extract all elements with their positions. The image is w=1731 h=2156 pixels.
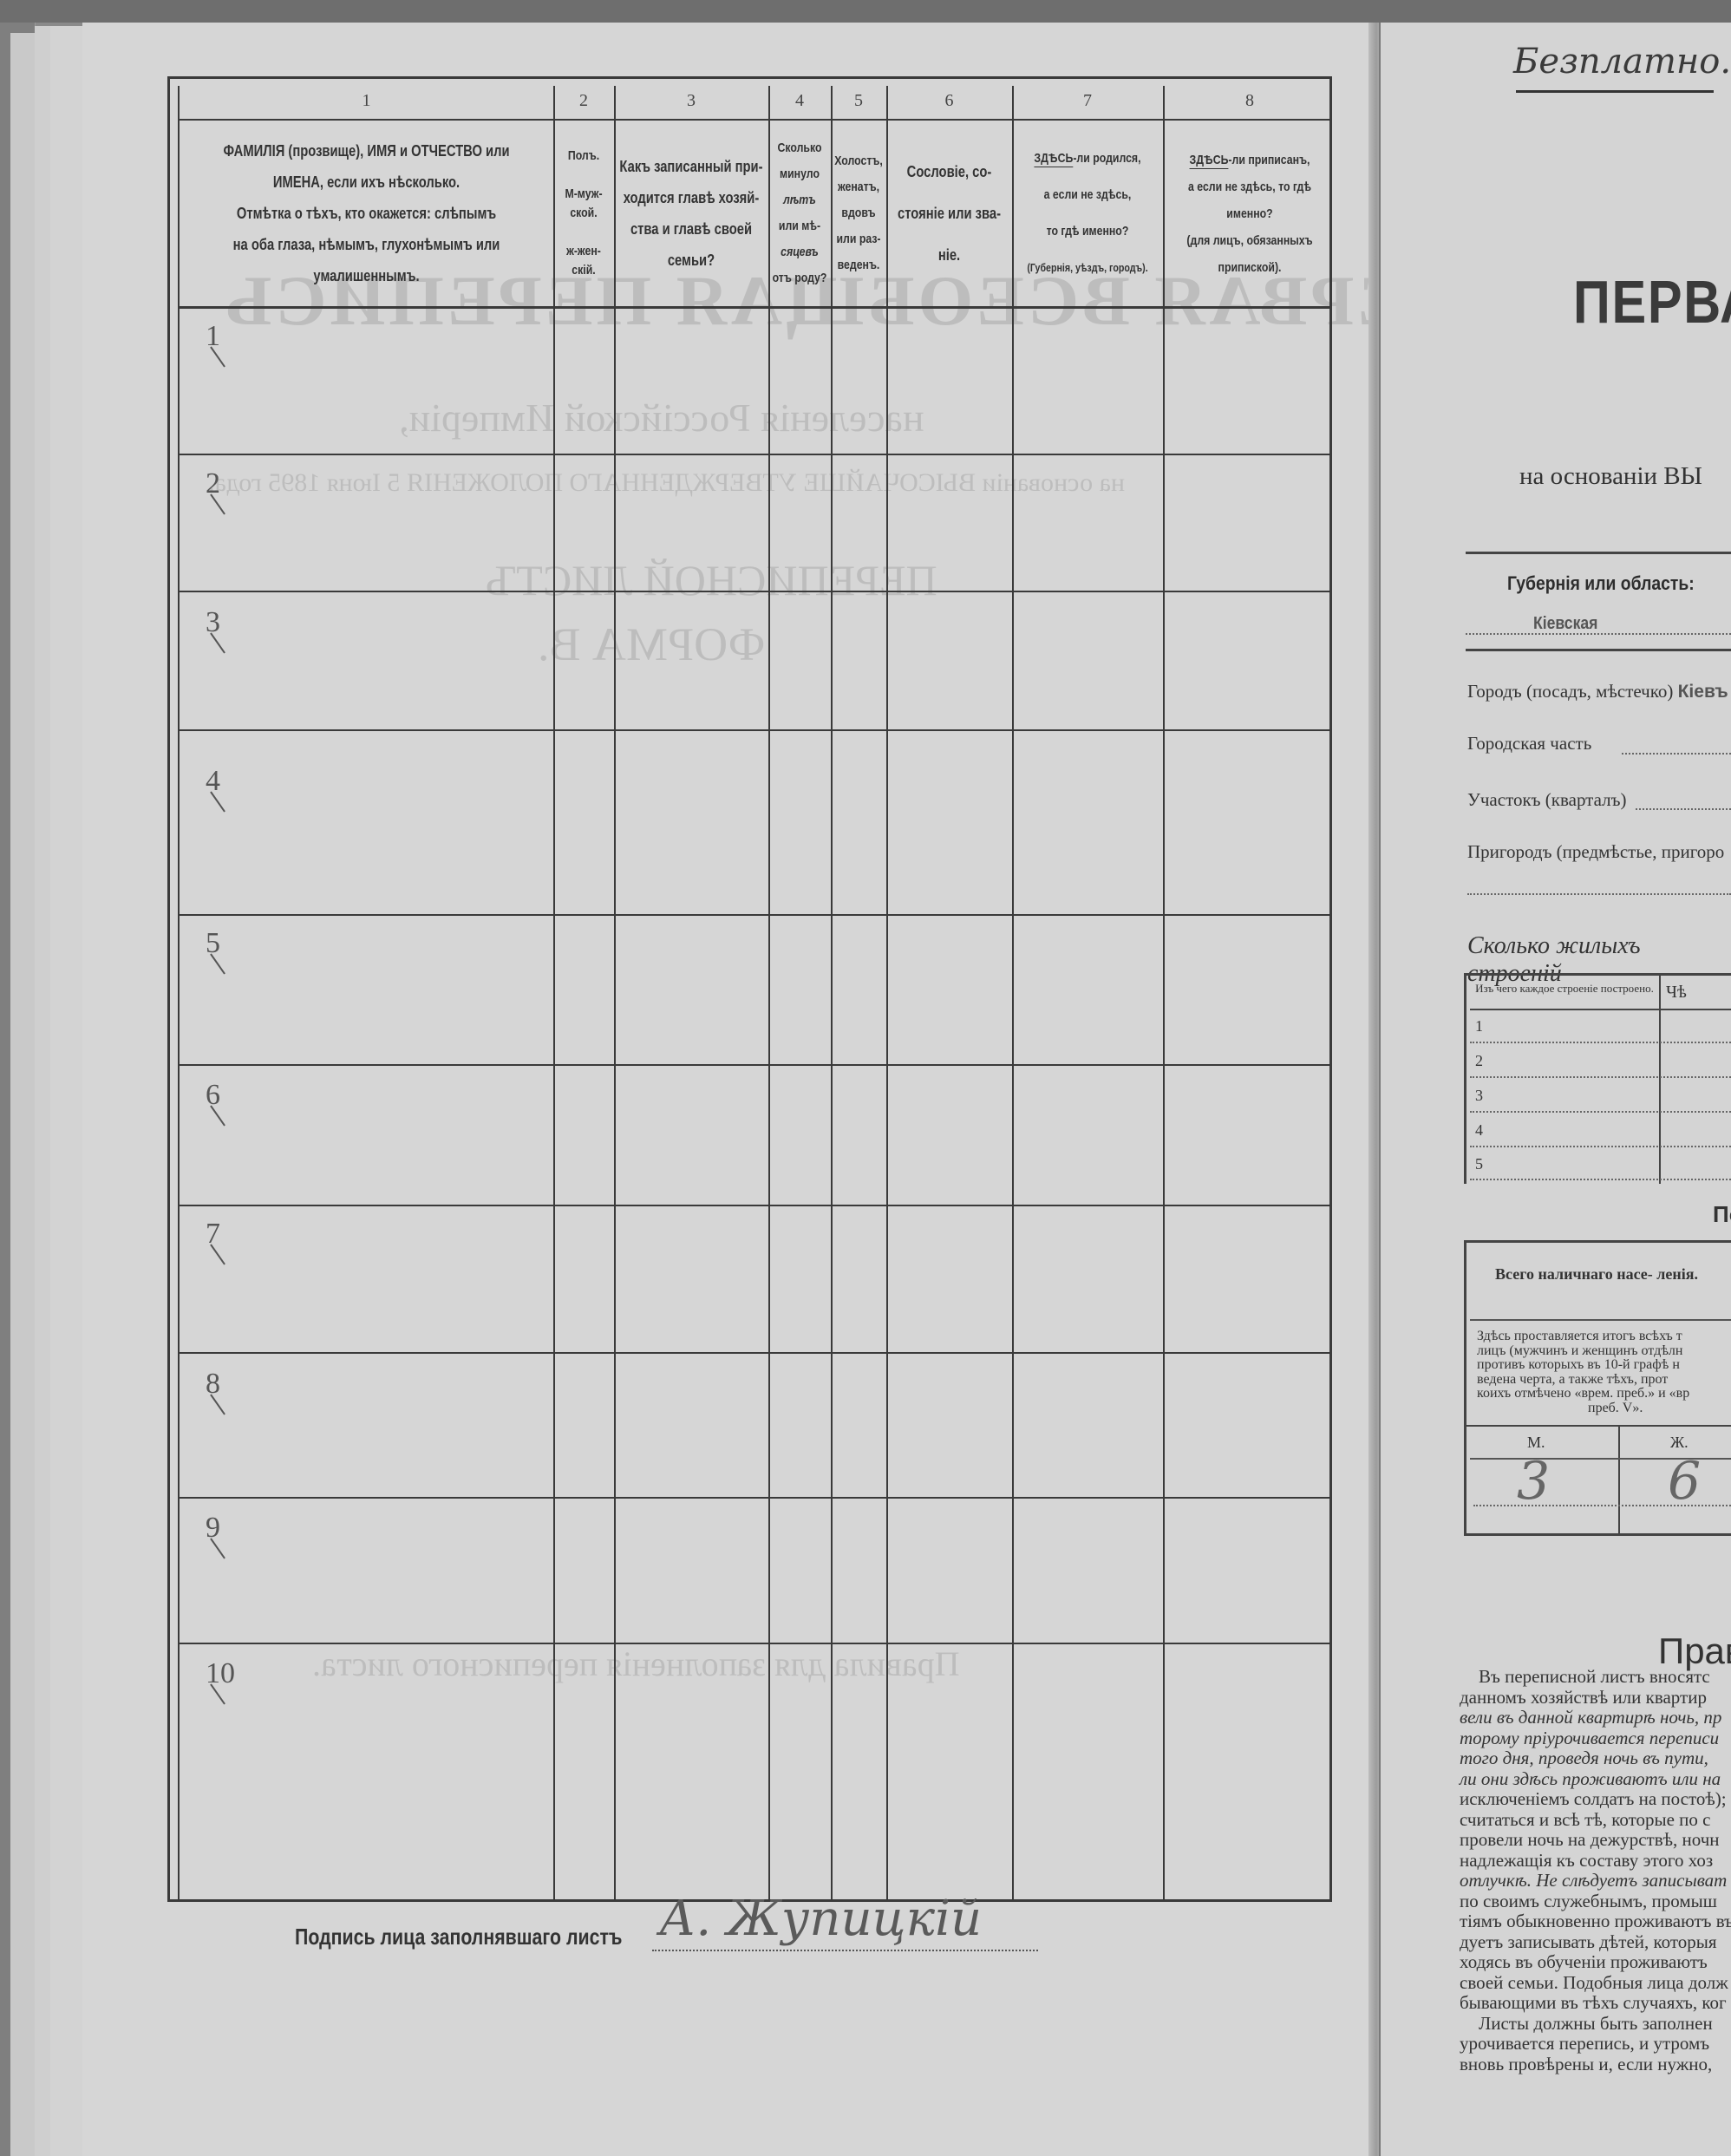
column-header-name: ФАМИЛІЯ (прозвище), ИМЯ и ОТЧЕСТВО или И… bbox=[185, 121, 548, 306]
signature-label: Подпись лица заполнявшаго листъ bbox=[295, 1924, 622, 1950]
building-row-3: 3 bbox=[1475, 1087, 1483, 1105]
city-part-label: Городская часть bbox=[1467, 733, 1591, 755]
column-header-relation: Какъ записанный при- ходится главѣ хозяй… bbox=[614, 121, 769, 306]
population-box: Всего наличнаго насе- ленія. Здѣсь прост… bbox=[1464, 1240, 1731, 1536]
column-header-marital-status: Холостъ, женатъ, вдовъ или раз- веденъ. bbox=[829, 121, 889, 306]
census-title: ПЕРВА bbox=[1573, 267, 1731, 336]
row-divider bbox=[180, 1064, 1329, 1066]
header-line: Какъ записанный при- bbox=[619, 151, 762, 182]
header-line: а если не здѣсь, то гдѣ bbox=[1186, 173, 1312, 200]
rules-line: данномъ хозяйствѣ или квартир bbox=[1460, 1688, 1731, 1708]
column-divider bbox=[831, 86, 833, 1899]
header-line: Сословіе, со- bbox=[898, 151, 1001, 193]
header-line: семьи? bbox=[619, 245, 762, 276]
header-line: вдовъ bbox=[834, 200, 883, 226]
column-divider bbox=[553, 86, 555, 1899]
header-line: сяцевъ bbox=[773, 239, 827, 265]
guberniya-value: Кіевская bbox=[1533, 614, 1597, 634]
section-rule bbox=[1466, 649, 1731, 651]
city-label-text: Городъ (посадъ, мѣстечко) bbox=[1467, 681, 1673, 702]
header-line: веденъ. bbox=[834, 252, 883, 278]
rules-line: того дня, проведя ночь въ пути, bbox=[1460, 1748, 1731, 1769]
header-line: Отмѣтка о тѣхъ, кто окажется: слѣпымъ bbox=[223, 198, 509, 229]
row-number: 2 bbox=[206, 467, 220, 500]
column-header-sex: Полъ. М-муж- ской. ж-жен- скій. bbox=[552, 121, 616, 306]
rules-line: урочивается перепись, и утромъ bbox=[1460, 2034, 1731, 2055]
header-line: а если не здѣсь, bbox=[1027, 177, 1147, 213]
rules-line: считаться и всѣ тѣ, которые по с bbox=[1460, 1810, 1731, 1831]
building-row-line[interactable] bbox=[1470, 1076, 1731, 1078]
column-divider bbox=[1163, 86, 1165, 1899]
signature-line[interactable] bbox=[652, 1950, 1038, 1951]
rules-line: исключеніемъ солдатъ на постоѣ); bbox=[1460, 1789, 1731, 1810]
row-divider bbox=[180, 1352, 1329, 1354]
header-line: ходится главѣ хозяй- bbox=[619, 182, 762, 213]
building-row-1: 1 bbox=[1475, 1017, 1483, 1036]
header-rule bbox=[1470, 1009, 1731, 1010]
suburb-label: Пригородъ (предмѣстье, пригоро bbox=[1467, 841, 1724, 863]
rules-line: вновь провѣрены и, если нужно, bbox=[1460, 2055, 1731, 2075]
row-number: 7 bbox=[206, 1218, 220, 1251]
rules-line: тіямъ обыкновенно проживаютъ въ bbox=[1460, 1911, 1731, 1932]
building-row-line[interactable] bbox=[1470, 1042, 1731, 1043]
note-line: преб. V». bbox=[1477, 1401, 1689, 1416]
rules-line: дуетъ записывать дѣтей, которыя bbox=[1460, 1932, 1731, 1953]
column-number: 1 bbox=[180, 91, 553, 111]
row-number: 1 bbox=[206, 320, 220, 353]
row-number: 8 bbox=[206, 1368, 220, 1401]
rules-line: ли они здѣсь проживаютъ или на bbox=[1460, 1769, 1731, 1790]
rules-line: провели ночь на дежурствѣ, ночн bbox=[1460, 1830, 1731, 1851]
header-line: ЗДѢСЬ-ли родился, bbox=[1027, 140, 1147, 177]
free-label: Безплатно. bbox=[1513, 42, 1731, 82]
city-label: Городъ (посадъ, мѣстечко) Кіевъ bbox=[1467, 681, 1728, 702]
column-number: 4 bbox=[768, 91, 831, 111]
header-line: ской. bbox=[565, 204, 602, 223]
column-header-estate: Сословіе, со- стояніе или зва- ніе. bbox=[891, 121, 1008, 306]
column-divider bbox=[1659, 976, 1661, 1184]
column-number: 5 bbox=[831, 91, 886, 111]
header-line: или раз- bbox=[834, 226, 883, 252]
population-header: Всего наличнаго насе- ленія. bbox=[1484, 1260, 1709, 1288]
header-line: или мѣ- bbox=[773, 213, 827, 239]
note-line: лицъ (мужчинъ и женщинъ отдѣлн bbox=[1477, 1344, 1689, 1359]
header-line: минуло bbox=[773, 161, 827, 187]
note-line: Здѣсь проставляется итогъ всѣхъ т bbox=[1477, 1330, 1689, 1344]
column-header-registration: ЗДѢСЬ-ли приписанъ, а если не здѣсь, то … bbox=[1172, 121, 1328, 306]
column-divider bbox=[1012, 86, 1014, 1899]
population-note: Здѣсь проставляется итогъ всѣхъ т лицъ (… bbox=[1477, 1330, 1689, 1415]
header-line: отъ роду? bbox=[773, 265, 827, 291]
column-number: 8 bbox=[1163, 91, 1336, 111]
header-line: скій. bbox=[565, 261, 602, 280]
rules-line: своей семьи. Подобныя лица долж bbox=[1460, 1973, 1731, 1994]
free-underline bbox=[1516, 90, 1714, 93]
city-value: Кіевъ bbox=[1678, 682, 1728, 702]
row-divider bbox=[180, 1497, 1329, 1499]
header-line: ИМЕНА, если ихъ нѣсколько. bbox=[223, 167, 509, 198]
female-count[interactable]: 6 bbox=[1668, 1451, 1701, 1512]
rules-line: отлучкѣ. Не слѣдуетъ записыват bbox=[1460, 1871, 1731, 1891]
row-divider bbox=[180, 1205, 1329, 1206]
signature-handwritten: А. Жупицкій bbox=[659, 1891, 982, 1947]
rules-line: надлежащія къ составу этого хоз bbox=[1460, 1851, 1731, 1872]
rules-line: по своимъ служебнымъ, промыш bbox=[1460, 1891, 1731, 1912]
header-line: (для лицъ, обязанныхъ bbox=[1186, 227, 1312, 254]
header-line: (Губернія, уѣздъ, городъ). bbox=[1027, 250, 1147, 286]
column-number: 7 bbox=[1012, 91, 1163, 111]
row-divider bbox=[180, 729, 1329, 731]
male-count[interactable]: 3 bbox=[1517, 1451, 1550, 1512]
header-line: ФАМИЛІЯ (прозвище), ИМЯ и ОТЧЕСТВО или bbox=[223, 135, 509, 167]
female-column-header: Ж. bbox=[1670, 1434, 1689, 1452]
district-label: Участокъ (кварталъ) bbox=[1467, 789, 1626, 811]
building-row-line[interactable] bbox=[1470, 1111, 1731, 1113]
column-divider bbox=[1618, 1425, 1620, 1533]
header-line: лѣтъ bbox=[773, 187, 827, 213]
rules-line: торому пріурочивается переписи bbox=[1460, 1728, 1731, 1749]
column-header-age: Сколько минуло лѣтъ или мѣ- сяцевъ отъ р… bbox=[766, 121, 834, 306]
count-field-line bbox=[1473, 1505, 1731, 1506]
rules-line: Листы должны быть заполнен bbox=[1460, 2014, 1731, 2035]
rules-line: бывающими въ тѣхъ случаяхъ, ког bbox=[1460, 1993, 1731, 2014]
buildings-col1-header: Изъ чего каждое строеніе построено. bbox=[1473, 981, 1656, 996]
row-divider bbox=[180, 1643, 1329, 1644]
header-line: Сколько bbox=[773, 135, 827, 161]
guberniya-field[interactable] bbox=[1466, 633, 1731, 635]
header-bottom-rule bbox=[180, 306, 1329, 309]
census-table: 1 2 3 4 5 6 7 8 ФАМИЛІЯ (прозвище), ИМЯ … bbox=[167, 76, 1332, 1902]
section-rule bbox=[1466, 1425, 1731, 1427]
row-number: 10 bbox=[206, 1657, 235, 1690]
header-line: умалишеннымъ. bbox=[223, 260, 509, 291]
header-line: Холостъ, bbox=[834, 148, 883, 174]
population-heading: По bbox=[1713, 1201, 1731, 1228]
header-line: стояніе или зва- bbox=[898, 193, 1001, 234]
building-row-line[interactable] bbox=[1470, 1179, 1731, 1180]
building-row-line[interactable] bbox=[1470, 1146, 1731, 1147]
column-divider bbox=[614, 86, 616, 1899]
note-line: ведена черта, а также тѣхъ, прот bbox=[1477, 1373, 1689, 1388]
row-divider bbox=[180, 914, 1329, 916]
building-row-4: 4 bbox=[1475, 1121, 1483, 1140]
male-column-header: М. bbox=[1527, 1434, 1545, 1452]
district-field[interactable] bbox=[1636, 808, 1731, 810]
note-line: коихъ отмѣчено «врем. преб.» и «вр bbox=[1477, 1387, 1689, 1401]
header-line: ніе. bbox=[898, 234, 1001, 276]
buildings-table: Изъ чего каждое строеніе построено. Чѣ 1… bbox=[1464, 973, 1731, 1184]
column-divider bbox=[886, 86, 888, 1899]
building-row-2: 2 bbox=[1475, 1052, 1483, 1070]
building-row-5: 5 bbox=[1475, 1155, 1483, 1173]
row-divider bbox=[180, 454, 1329, 455]
census-table-grid: 1 2 3 4 5 6 7 8 ФАМИЛІЯ (прозвище), ИМЯ … bbox=[178, 86, 1329, 1899]
header-line: М-муж- bbox=[565, 185, 602, 204]
row-divider bbox=[180, 591, 1329, 592]
header-line: женатъ, bbox=[834, 174, 883, 200]
section-rule bbox=[1466, 552, 1731, 554]
scanner-edge bbox=[0, 0, 1731, 23]
rules-line: ходясь въ обученіи проживаютъ bbox=[1460, 1952, 1731, 1973]
row-number: 6 bbox=[206, 1079, 220, 1112]
column-number: 2 bbox=[553, 91, 614, 111]
row-number: 5 bbox=[206, 927, 220, 960]
basis-text: на основаніи ВЫ bbox=[1519, 462, 1702, 491]
city-part-field[interactable] bbox=[1622, 753, 1731, 755]
header-line: Полъ. bbox=[565, 147, 602, 166]
header-line: припиской). bbox=[1186, 254, 1312, 281]
column-header-birthplace: ЗДѢСЬ-ли родился, а если не здѣсь, то гд… bbox=[1018, 121, 1156, 306]
rules-line: Въ переписной листъ вносятс bbox=[1460, 1667, 1731, 1688]
header-line: ЗДѢСЬ-ли приписанъ, bbox=[1186, 147, 1312, 173]
buildings-col2-header: Чѣ bbox=[1666, 983, 1687, 1003]
suburb-field[interactable] bbox=[1467, 893, 1731, 895]
row-number: 4 bbox=[206, 765, 220, 798]
column-number: 6 bbox=[886, 91, 1012, 111]
column-number: 3 bbox=[614, 91, 768, 111]
row-number: 9 bbox=[206, 1512, 220, 1545]
header-line: на оба глаза, нѣмымъ, глухонѣмымъ или bbox=[223, 229, 509, 260]
header-line: то гдѣ именно? bbox=[1027, 213, 1147, 250]
header-line: ства и главѣ своей bbox=[619, 213, 762, 245]
note-line: противъ которыхъ въ 10-й графѣ н bbox=[1477, 1358, 1689, 1373]
header-line: ж-жен- bbox=[565, 242, 602, 261]
guberniya-label: Губернія или область: bbox=[1507, 572, 1695, 595]
header-line: именно? bbox=[1186, 200, 1312, 227]
rules-text: Въ переписной листъ вносятс данномъ хозя… bbox=[1460, 1667, 1731, 2074]
rules-line: вели въ данной квартирѣ ночь, пр bbox=[1460, 1708, 1731, 1728]
header-rule bbox=[1470, 1319, 1731, 1321]
row-number: 3 bbox=[206, 606, 220, 639]
column-divider bbox=[768, 86, 770, 1899]
